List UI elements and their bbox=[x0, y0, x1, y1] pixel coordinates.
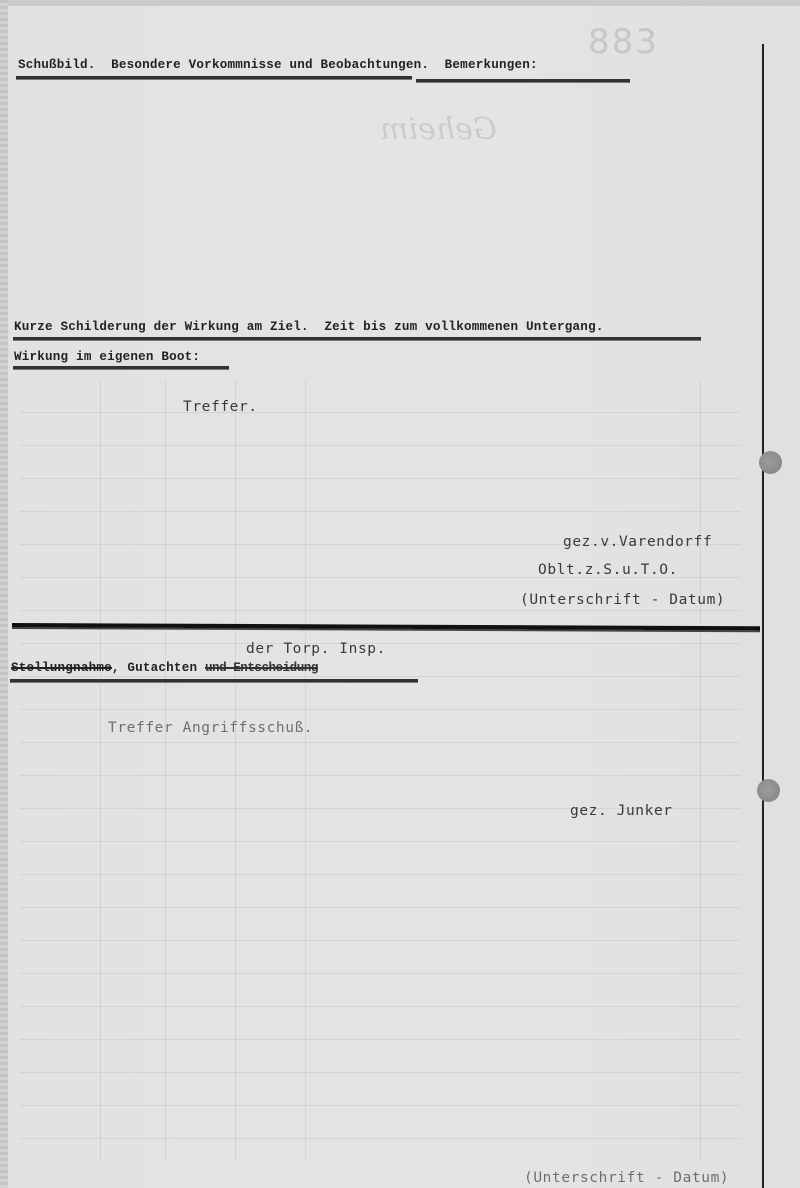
heading-row-2: Kurze Schilderung der Wirkung am Ziel. Z… bbox=[14, 320, 604, 334]
heading-underline bbox=[16, 76, 412, 80]
heading-schilderung: Kurze Schilderung der Wirkung am Ziel. bbox=[14, 320, 309, 334]
heading-underline bbox=[13, 337, 701, 341]
section-divider bbox=[12, 623, 760, 632]
signature-caption-1: (Unterschrift - Datum) bbox=[520, 592, 725, 608]
effect-text: Treffer. bbox=[183, 399, 258, 415]
punch-hole-lower bbox=[757, 779, 780, 802]
heading-gutachten: Gutachten bbox=[127, 661, 197, 675]
heading-underline bbox=[13, 366, 229, 370]
heading-underline bbox=[10, 679, 418, 683]
heading-untergang: Zeit bis zum vollkommenen Untergang. bbox=[324, 320, 603, 334]
document-page: 883 Geheim Schußbild. Besondere Vorkommn… bbox=[0, 0, 800, 1188]
bleed-through-table bbox=[20, 380, 740, 1160]
scan-left-edge bbox=[0, 0, 8, 1188]
authority-label: der Torp. Insp. bbox=[246, 641, 386, 657]
bleed-through-stamp: Geheim bbox=[380, 112, 497, 147]
heading-vorkommnisse: Besondere Vorkommnisse und Beobachtungen… bbox=[111, 58, 429, 72]
assessment-text: Treffer Angriffsschuß. bbox=[108, 720, 313, 736]
punch-hole-upper bbox=[759, 451, 782, 474]
signature-caption-2: (Unterschrift - Datum) bbox=[524, 1170, 729, 1186]
heading-eigenes-boot: Wirkung im eigenen Boot: bbox=[14, 350, 200, 364]
heading-row-1: Schußbild. Besondere Vorkommnisse und Be… bbox=[18, 58, 538, 72]
heading-row-3: Stellungnahme, Gutachten und Entscheidun… bbox=[11, 661, 318, 675]
margin-rule bbox=[762, 44, 764, 1188]
scan-top-edge bbox=[0, 0, 800, 6]
heading-stellungnahme-struck: Stellungnahme bbox=[11, 661, 112, 675]
commander-rank: Oblt.z.S.u.T.O. bbox=[538, 562, 678, 578]
bleed-through-page-number: 883 bbox=[588, 22, 659, 62]
heading-bemerkungen: Bemerkungen: bbox=[445, 58, 538, 72]
comma: , bbox=[112, 661, 120, 675]
commander-signature: gez.v.Varendorff bbox=[563, 534, 712, 550]
heading-schussbild: Schußbild. bbox=[18, 58, 96, 72]
inspector-signature: gez. Junker bbox=[570, 803, 673, 819]
heading-entscheidung-struck: und Entscheidung bbox=[205, 661, 318, 675]
heading-underline bbox=[416, 79, 630, 83]
